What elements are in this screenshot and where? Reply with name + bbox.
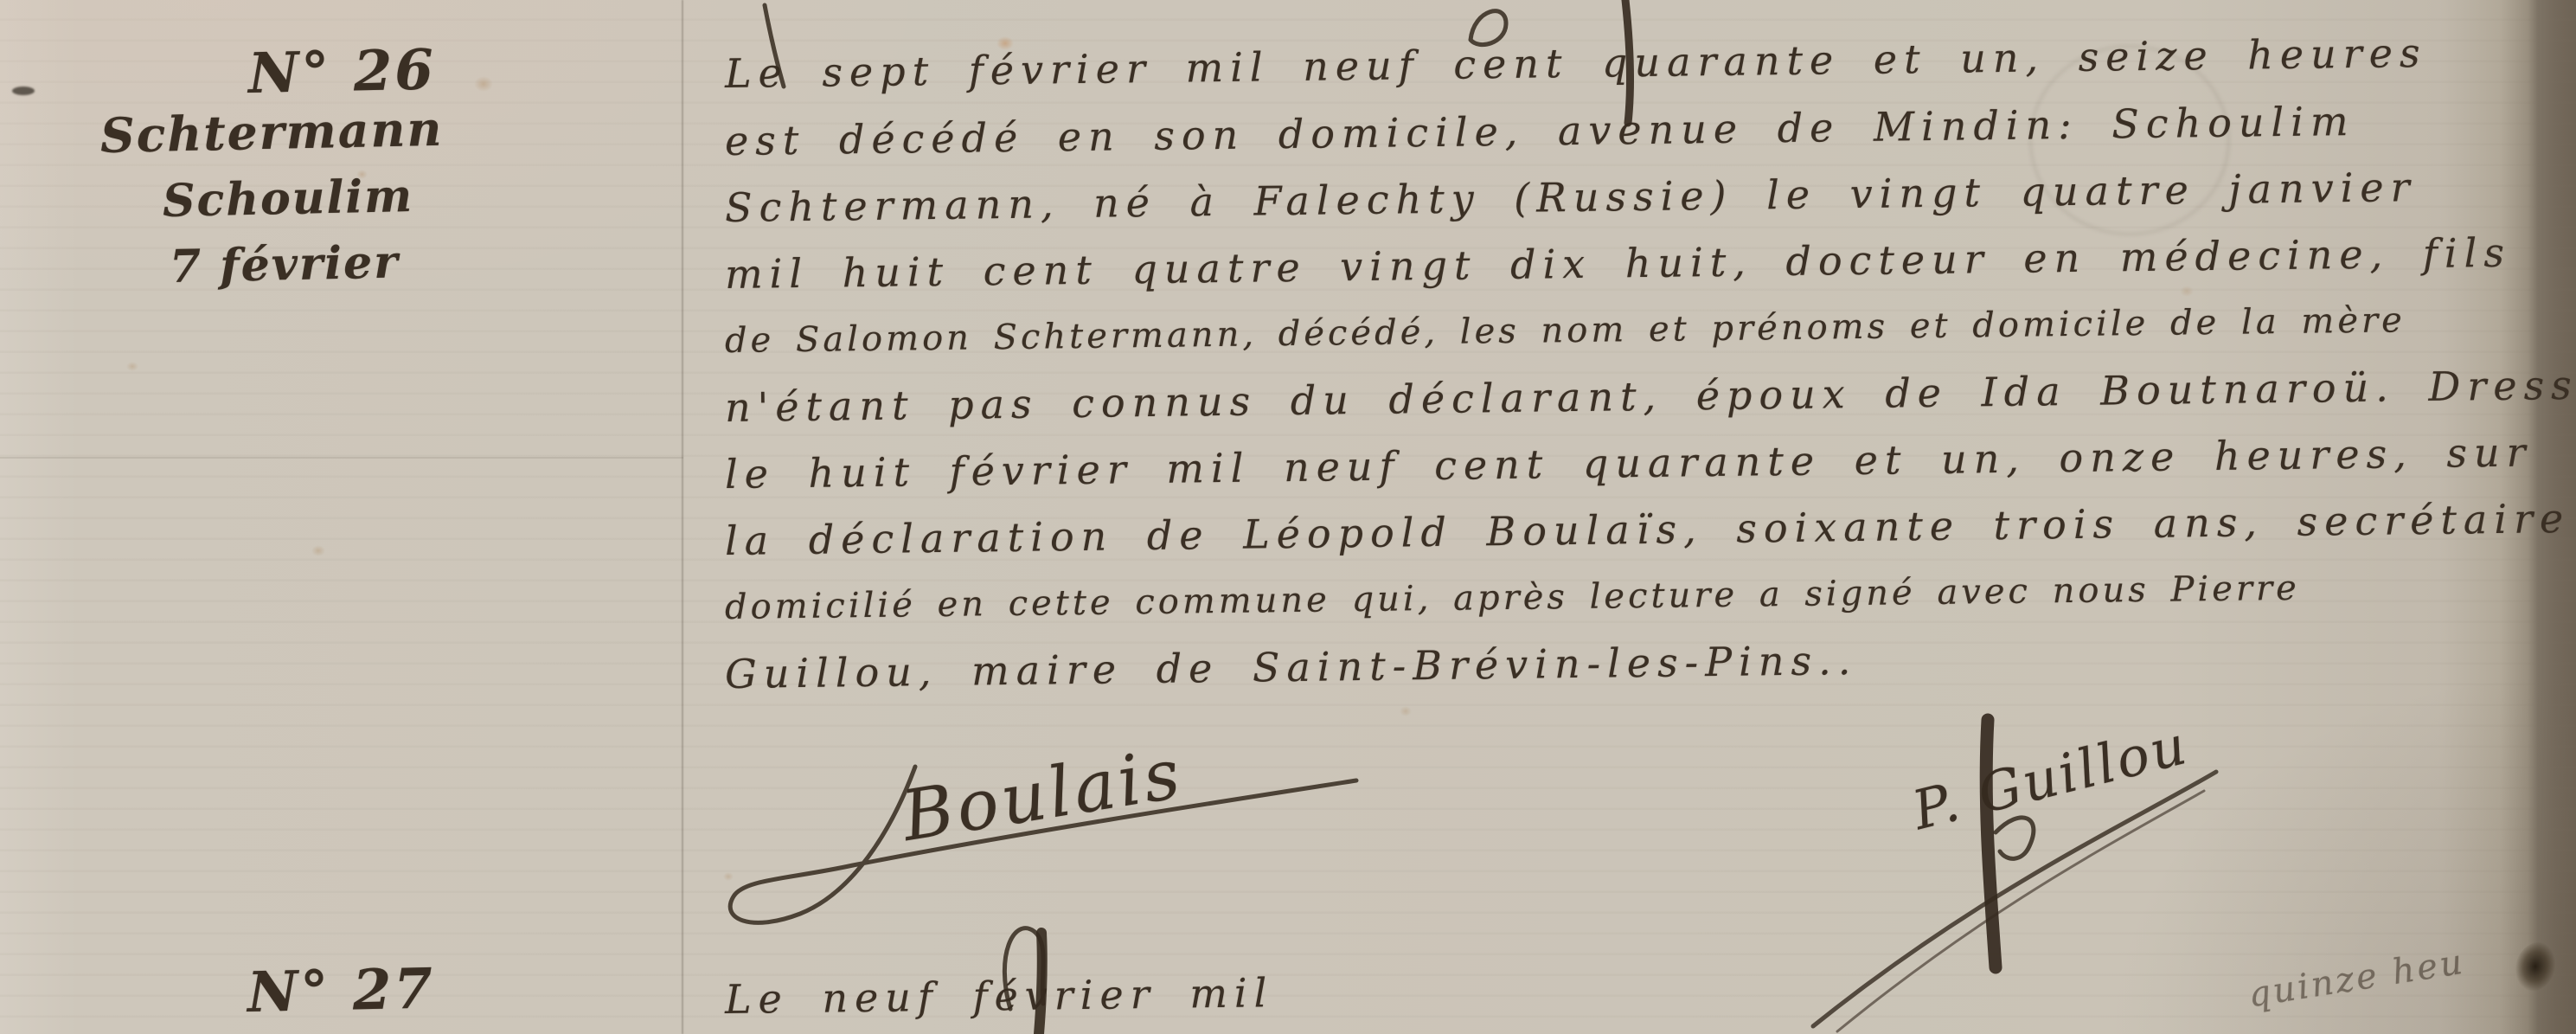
guillou-stem xyxy=(1986,720,1996,967)
act-line: de Salomon Schtermann, décédé, les nom e… xyxy=(725,300,2406,361)
act-line: le huit février mil neuf cent quarante e… xyxy=(725,428,2533,498)
act-line: mil huit cent quatre vingt dix huit, doc… xyxy=(725,229,2512,298)
horizontal-crease-line xyxy=(0,457,683,459)
signature-guillou: P. Guillou xyxy=(1906,713,2195,842)
margin-rule-line xyxy=(682,0,683,1034)
foxing-spot xyxy=(1400,706,1412,716)
signature-boulais: Boulais xyxy=(897,733,1189,857)
entry27-opening-line: Le neuf février mil xyxy=(725,969,1274,1023)
foxing-spot xyxy=(2180,286,2194,297)
entry26-margin-date: 7 février xyxy=(169,235,400,293)
act-line: n'étant pas connus du déclarant, époux d… xyxy=(725,361,2576,431)
register-page: N° 26 Schtermann Schoulim 7 février Le s… xyxy=(0,0,2576,1034)
entry27-margin-number: N° 27 xyxy=(247,956,435,1025)
act-line: domicilié en cette commune qui, après le… xyxy=(725,568,2300,627)
act-line: la déclaration de Léopold Boulaïs, soixa… xyxy=(725,495,2571,564)
foxing-spot xyxy=(126,362,138,371)
foxing-spot xyxy=(723,872,734,881)
foxing-spot xyxy=(474,76,493,92)
entry27-right-edge-fragment: quinze heu xyxy=(2246,942,2468,1016)
guillou-underline-2 xyxy=(1837,791,2204,1031)
ink-fleck xyxy=(12,87,35,95)
act-line: Guillou, maire de Saint-Brévin-les-Pins.… xyxy=(725,637,1858,697)
edge-ink-blot xyxy=(2510,938,2560,995)
guillou-hook xyxy=(1996,818,2034,858)
foxing-spot xyxy=(311,545,325,556)
entry26-margin-given-name: Schoulim xyxy=(162,170,413,228)
top-edge-loop xyxy=(1471,11,1506,45)
entry26-margin-surname: Schtermann xyxy=(99,100,444,164)
entry26-margin-number: N° 26 xyxy=(247,37,436,106)
